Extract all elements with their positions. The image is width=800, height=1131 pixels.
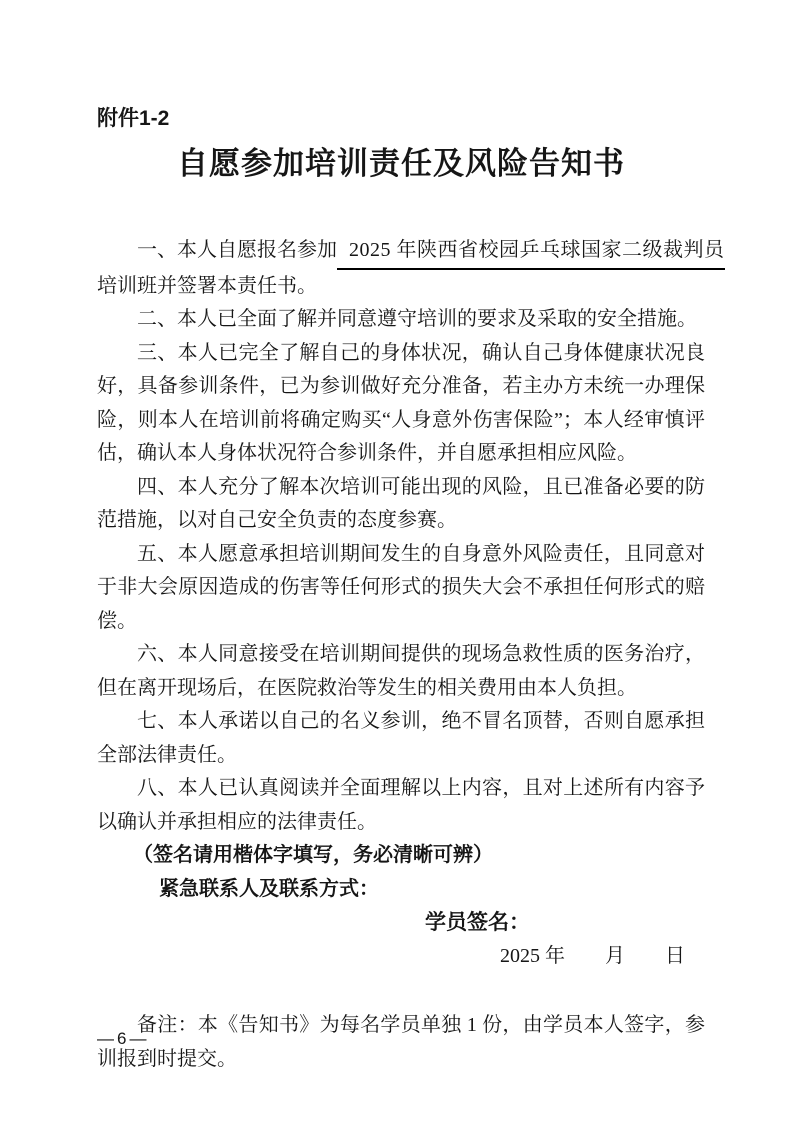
term-1-continuation: 培训班并签署本责任书。 bbox=[97, 270, 705, 304]
remark-note: 备注：本《告知书》为每名学员单独 1 份，由学员本人签字，参训报到时提交。 bbox=[97, 1009, 705, 1076]
signee-label: 学员签名： bbox=[97, 906, 705, 940]
term-item-6: 六、本人同意接受在培训期间提供的现场急救性质的医务治疗，但在离开现场后，在医院救… bbox=[97, 638, 705, 705]
attachment-label: 附件1-2 bbox=[97, 106, 705, 132]
term-item-4: 四、本人充分了解本次培训可能出现的风险，且已准备必要的防范措施，以对自己安全负责… bbox=[97, 471, 705, 538]
term-1-prefix: 一、本人自愿报名参加 bbox=[97, 234, 337, 268]
term-item-2: 二、本人已全面了解并同意遵守培训的要求及采取的安全措施。 bbox=[97, 303, 705, 337]
term-item-1: 一、本人自愿报名参加2025 年陕西省校园乒乓球国家二级裁判员 bbox=[97, 234, 705, 270]
term-item-5: 五、本人愿意承担培训期间发生的自身意外风险责任，且同意对于非大会原因造成的伤害等… bbox=[97, 538, 705, 639]
date-line: 2025 年 月 日 bbox=[97, 940, 705, 974]
page-number: —6— bbox=[97, 1029, 149, 1049]
course-name-blank: 2025 年陕西省校园乒乓球国家二级裁判员 bbox=[337, 234, 725, 270]
term-item-7: 七、本人承诺以自己的名义参训，绝不冒名顶替，否则自愿承担全部法律责任。 bbox=[97, 705, 705, 772]
term-item-8: 八、本人已认真阅读并全面理解以上内容，且对上述所有内容予以确认并承担相应的法律责… bbox=[97, 772, 705, 839]
emergency-contact-label: 紧急联系人及联系方式： bbox=[97, 873, 705, 907]
term-item-3: 三、本人已完全了解自己的身体状况，确认自己身体健康状况良好，具备参训条件，已为参… bbox=[97, 337, 705, 471]
page-title: 自愿参加培训责任及风险告知书 bbox=[97, 144, 705, 184]
signature-instruction: （签名请用楷体字填写，务必清晰可辨） bbox=[97, 839, 705, 873]
terms-section: 一、本人自愿报名参加2025 年陕西省校园乒乓球国家二级裁判员 培训班并签署本责… bbox=[97, 234, 705, 1076]
document-content: 附件1-2 自愿参加培训责任及风险告知书 一、本人自愿报名参加2025 年陕西省… bbox=[97, 0, 705, 1076]
document-page: 附件1-2 自愿参加培训责任及风险告知书 一、本人自愿报名参加2025 年陕西省… bbox=[0, 0, 800, 1131]
